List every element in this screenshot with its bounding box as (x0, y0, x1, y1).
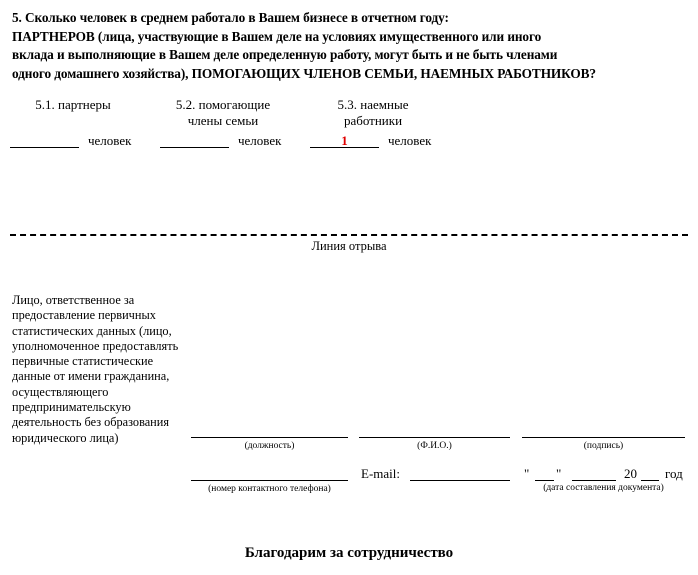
question-line-3: вклада и выполняющие в Вашем деле опреде… (12, 46, 698, 65)
field-partners-label-text: 5.1. партнеры (18, 97, 128, 113)
responsible-line: осуществляющего (12, 385, 197, 400)
responsible-line: уполномоченное предоставлять (12, 339, 197, 354)
question-line-4: одного домашнего хозяйства), ПОМОГАЮЩИХ … (12, 65, 698, 84)
field-employees-value: 1 (341, 133, 348, 148)
position-input[interactable] (191, 437, 348, 438)
responsible-line: предпринимательскую (12, 400, 197, 415)
date-caption: (дата составления документа) (522, 483, 685, 493)
responsible-line: деятельность без образования (12, 415, 197, 430)
date-month-input[interactable] (572, 480, 616, 481)
field-family-label: 5.2. помогающие члены семьи (163, 97, 283, 129)
field-employees-label-line2: работники (318, 113, 428, 129)
field-family-input[interactable] (160, 134, 229, 148)
field-partners-unit: человек (88, 133, 131, 149)
phone-input[interactable] (191, 480, 348, 481)
date-day-input[interactable] (535, 480, 554, 481)
date-year-prefix: 20 (624, 466, 637, 482)
field-employees-input[interactable]: 1 (310, 134, 379, 148)
position-caption: (должность) (191, 441, 348, 451)
date-year-suffix: год (665, 466, 683, 482)
responsible-line: Лицо, ответственное за (12, 293, 197, 308)
phone-caption: (номер контактного телефона) (191, 484, 348, 494)
email-label: E-mail: (361, 466, 400, 482)
thanks-message: Благодарим за сотрудничество (0, 545, 698, 562)
question-line-1: 5. Сколько человек в среднем работало в … (12, 9, 698, 28)
field-family-label-line1: 5.2. помогающие (163, 97, 283, 113)
field-family-unit: человек (238, 133, 281, 149)
tear-line-label: Линия отрыва (0, 239, 698, 254)
field-employees-unit: человек (388, 133, 431, 149)
responsible-line: первичные статистические (12, 354, 197, 369)
field-partners-input[interactable] (10, 134, 79, 148)
date-quote-open: " (524, 466, 529, 482)
tear-line (10, 234, 688, 236)
field-family-label-line2: члены семьи (163, 113, 283, 129)
responsible-line: юридического лица) (12, 431, 197, 446)
field-employees-label: 5.3. наемные работники (318, 97, 428, 129)
question-line-2: ПАРТНЕРОВ (лица, участвующие в Вашем дел… (12, 28, 698, 47)
email-input[interactable] (410, 480, 510, 481)
question-5-title: 5. Сколько человек в среднем работало в … (12, 9, 698, 83)
date-year-input[interactable] (641, 480, 659, 481)
signature-input[interactable] (522, 437, 685, 438)
field-partners-label: 5.1. партнеры (18, 97, 128, 113)
responsible-line: предоставление первичных (12, 308, 197, 323)
responsible-line: статистических данных (лицо, (12, 324, 197, 339)
full-name-input[interactable] (359, 437, 510, 438)
field-employees-label-line1: 5.3. наемные (318, 97, 428, 113)
responsible-person-label: Лицо, ответственное за предоставление пе… (12, 293, 197, 446)
date-quote-close: " (556, 466, 561, 482)
full-name-caption: (Ф.И.О.) (359, 441, 510, 451)
responsible-line: данные от имени гражданина, (12, 369, 197, 384)
signature-caption: (подпись) (522, 441, 685, 451)
